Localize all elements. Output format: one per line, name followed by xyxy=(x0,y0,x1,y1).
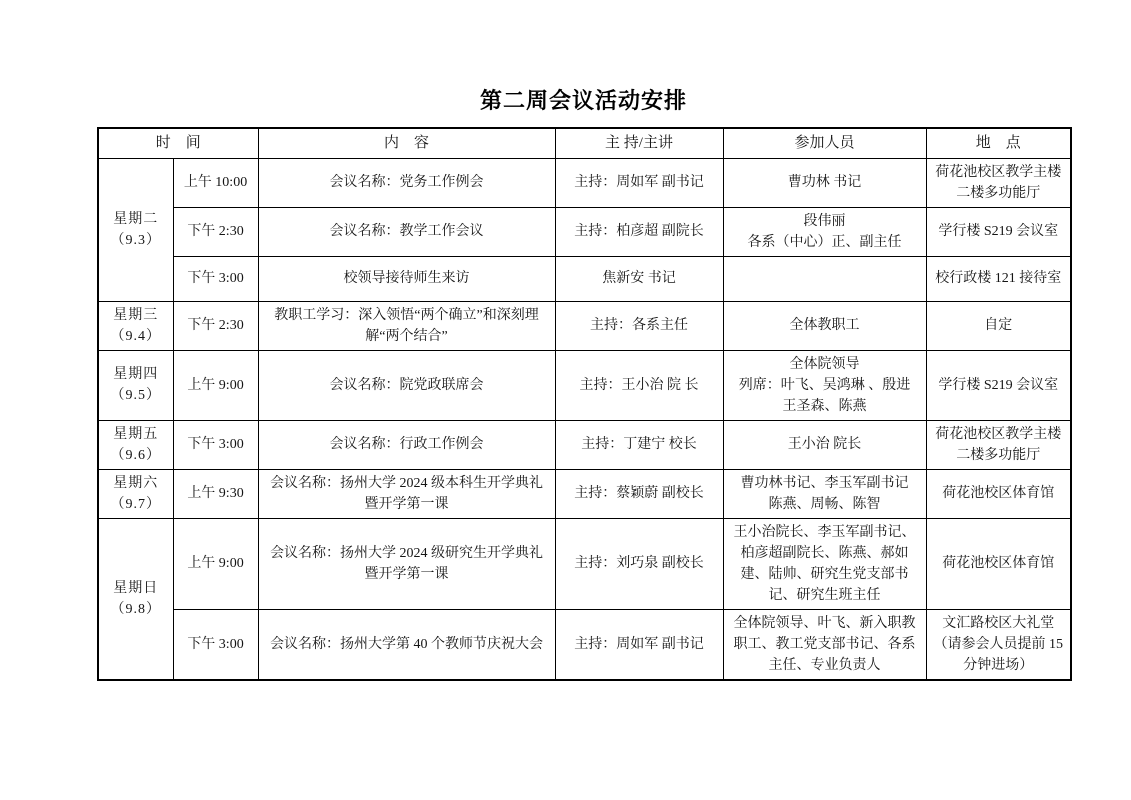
page-title: 第二周会议活动安排 xyxy=(97,84,1070,115)
participants-cell: 段伟丽 各系（中心）正、副主任 xyxy=(723,207,926,256)
host-cell: 主持：王小治 院 长 xyxy=(555,350,723,420)
table-row: 星期四 （9.5）上午 9:00会议名称：院党政联席会主持：王小治 院 长全体院… xyxy=(98,350,1071,420)
host-cell: 主持：各系主任 xyxy=(555,301,723,350)
time-cell: 下午 3:00 xyxy=(173,256,258,301)
content-cell: 会议名称：扬州大学 2024 级研究生开学典礼暨开学第一课 xyxy=(258,518,555,609)
location-cell: 校行政楼 121 接待室 xyxy=(926,256,1071,301)
time-cell: 上午 10:00 xyxy=(173,158,258,207)
time-cell: 上午 9:30 xyxy=(173,469,258,518)
table-row: 星期五 （9.6）下午 3:00会议名称：行政工作例会主持：丁建宁 校长王小治 … xyxy=(98,420,1071,469)
col-header: 地 点 xyxy=(926,128,1071,158)
col-header: 时 间 xyxy=(98,128,258,158)
location-cell: 荷花池校区教学主楼二楼多功能厅 xyxy=(926,158,1071,207)
host-cell: 主持：丁建宁 校长 xyxy=(555,420,723,469)
content-cell: 会议名称：党务工作例会 xyxy=(258,158,555,207)
content-cell: 会议名称：院党政联席会 xyxy=(258,350,555,420)
location-cell: 学行楼 S219 会议室 xyxy=(926,350,1071,420)
col-header: 内 容 xyxy=(258,128,555,158)
day-cell: 星期二 （9.3） xyxy=(98,158,173,301)
host-cell: 主持：周如军 副书记 xyxy=(555,609,723,680)
schedule-table: 时 间内 容主 持/主讲参加人员地 点 星期二 （9.3）上午 10:00会议名… xyxy=(97,127,1072,681)
time-cell: 上午 9:00 xyxy=(173,518,258,609)
time-cell: 下午 2:30 xyxy=(173,207,258,256)
table-row: 下午 3:00校领导接待师生来访焦新安 书记校行政楼 121 接待室 xyxy=(98,256,1071,301)
table-row: 星期二 （9.3）上午 10:00会议名称：党务工作例会主持：周如军 副书记曹功… xyxy=(98,158,1071,207)
participants-cell: 曹功林书记、李玉军副书记 陈燕、周畅、陈智 xyxy=(723,469,926,518)
participants-cell: 王小治院长、李玉军副书记、柏彦超副院长、陈燕、郝如建、陆帅、研究生党支部书记、研… xyxy=(723,518,926,609)
location-cell: 自定 xyxy=(926,301,1071,350)
participants-cell: 全体院领导、叶飞、新入职教职工、教工党支部书记、各系主任、专业负责人 xyxy=(723,609,926,680)
content-cell: 校领导接待师生来访 xyxy=(258,256,555,301)
host-cell: 主持：柏彦超 副院长 xyxy=(555,207,723,256)
table-row: 星期三 （9.4）下午 2:30教职工学习：深入领悟“两个确立”和深刻理解“两个… xyxy=(98,301,1071,350)
day-cell: 星期三 （9.4） xyxy=(98,301,173,350)
participants-cell: 王小治 院长 xyxy=(723,420,926,469)
table-row: 星期六 （9.7）上午 9:30会议名称：扬州大学 2024 级本科生开学典礼暨… xyxy=(98,469,1071,518)
day-cell: 星期六 （9.7） xyxy=(98,469,173,518)
table-header-row: 时 间内 容主 持/主讲参加人员地 点 xyxy=(98,128,1071,158)
col-header: 参加人员 xyxy=(723,128,926,158)
host-cell: 主持：蔡颖蔚 副校长 xyxy=(555,469,723,518)
content-cell: 会议名称：行政工作例会 xyxy=(258,420,555,469)
time-cell: 下午 3:00 xyxy=(173,420,258,469)
table-row: 星期日 （9.8）上午 9:00会议名称：扬州大学 2024 级研究生开学典礼暨… xyxy=(98,518,1071,609)
location-cell: 荷花池校区体育馆 xyxy=(926,469,1071,518)
time-cell: 上午 9:00 xyxy=(173,350,258,420)
participants-cell: 曹功林 书记 xyxy=(723,158,926,207)
day-cell: 星期五 （9.6） xyxy=(98,420,173,469)
time-cell: 下午 3:00 xyxy=(173,609,258,680)
document-page: 第二周会议活动安排 时 间内 容主 持/主讲参加人员地 点 星期二 （9.3）上… xyxy=(97,0,1070,681)
participants-cell: 全体院领导 列席：叶飞、吴鸿琳 、殷进 王圣森、陈燕 xyxy=(723,350,926,420)
content-cell: 会议名称：扬州大学 2024 级本科生开学典礼暨开学第一课 xyxy=(258,469,555,518)
day-cell: 星期日 （9.8） xyxy=(98,518,173,680)
location-cell: 文汇路校区大礼堂（请参会人员提前 15 分钟进场） xyxy=(926,609,1071,680)
content-cell: 会议名称：扬州大学第 40 个教师节庆祝大会 xyxy=(258,609,555,680)
host-cell: 主持：刘巧泉 副校长 xyxy=(555,518,723,609)
location-cell: 荷花池校区体育馆 xyxy=(926,518,1071,609)
host-cell: 焦新安 书记 xyxy=(555,256,723,301)
participants-cell xyxy=(723,256,926,301)
participants-cell: 全体教职工 xyxy=(723,301,926,350)
host-cell: 主持：周如军 副书记 xyxy=(555,158,723,207)
location-cell: 学行楼 S219 会议室 xyxy=(926,207,1071,256)
table-row: 下午 2:30会议名称：教学工作会议主持：柏彦超 副院长段伟丽 各系（中心）正、… xyxy=(98,207,1071,256)
table-body: 星期二 （9.3）上午 10:00会议名称：党务工作例会主持：周如军 副书记曹功… xyxy=(98,158,1071,680)
time-cell: 下午 2:30 xyxy=(173,301,258,350)
location-cell: 荷花池校区教学主楼二楼多功能厅 xyxy=(926,420,1071,469)
day-cell: 星期四 （9.5） xyxy=(98,350,173,420)
content-cell: 教职工学习：深入领悟“两个确立”和深刻理解“两个结合” xyxy=(258,301,555,350)
content-cell: 会议名称：教学工作会议 xyxy=(258,207,555,256)
table-row: 下午 3:00会议名称：扬州大学第 40 个教师节庆祝大会主持：周如军 副书记全… xyxy=(98,609,1071,680)
col-header: 主 持/主讲 xyxy=(555,128,723,158)
